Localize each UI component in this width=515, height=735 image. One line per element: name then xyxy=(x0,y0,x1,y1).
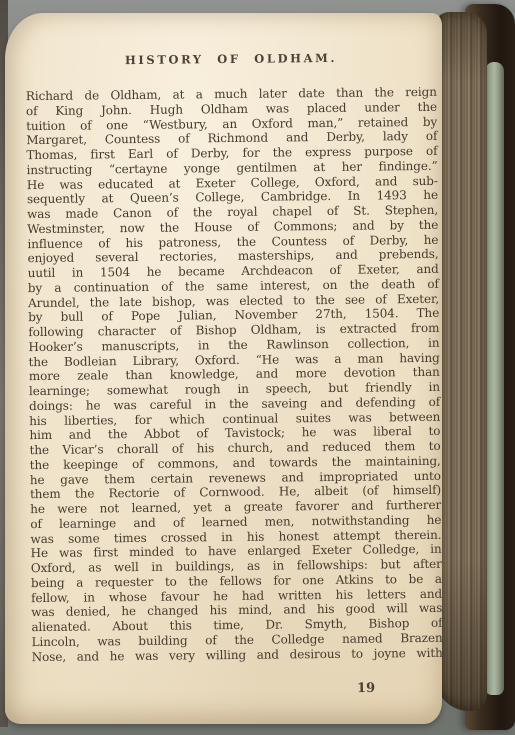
running-header: HISTORY OF OLDHAM. xyxy=(25,50,436,68)
book-scan: HISTORY OF OLDHAM. Richard de Oldham, at… xyxy=(0,0,515,735)
book-page: HISTORY OF OLDHAM. Richard de Oldham, at… xyxy=(5,13,442,724)
text-block: HISTORY OF OLDHAM. Richard de Oldham, at… xyxy=(25,11,443,665)
endpaper-green-edge xyxy=(485,62,504,695)
book-fore-edge xyxy=(435,12,487,711)
page-number: 19 xyxy=(357,681,375,696)
body-text: Richard de Oldham, at a much later date … xyxy=(26,85,443,665)
